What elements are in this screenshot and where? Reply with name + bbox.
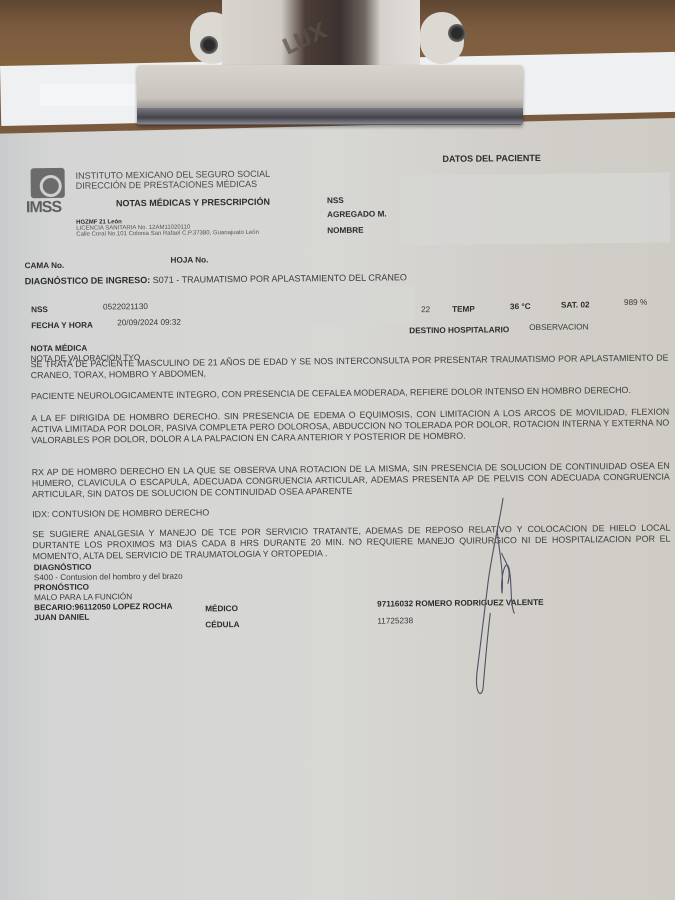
hoja-label: HOJA No. (170, 255, 208, 264)
note-paragraph: A LA EF DIRIGIDA DE HOMBRO DERECHO. SIN … (31, 407, 669, 447)
sat-label: SAT. 02 (561, 300, 590, 309)
becario-line-1: BECARIO:96112050 LOPEZ ROCHA (34, 602, 172, 612)
fecha-value: 20/09/2024 09:32 (117, 318, 181, 328)
diagnosis-label: DIAGNÓSTICO (34, 563, 92, 573)
cedula-label: CÉDULA (205, 620, 239, 629)
medical-note-document: IMSS INSTITUTO MEXICANO DEL SEGURO SOCIA… (0, 0, 675, 900)
cedula-value: 11725238 (377, 616, 413, 625)
medico-label: MÉDICO (205, 604, 238, 613)
diagnosis-value: S400 - Contusion del hombro y del brazo (34, 572, 183, 583)
sat-value: 989 % (624, 298, 647, 307)
redacted-patient-info (400, 173, 671, 246)
nss-value: 0522021130 (103, 302, 148, 311)
note-paragraph: SE SUGIERE ANALGESIA Y MANEJO DE TCE POR… (32, 523, 670, 563)
destino-value: OBSERVACION (529, 322, 588, 332)
becario-line-2: JUAN DANIEL (34, 613, 89, 623)
imss-eagle-icon (31, 168, 65, 198)
handwritten-signature (461, 493, 543, 704)
note-title: NOTA MÉDICA (30, 344, 87, 354)
patient-data-title: DATOS DEL PACIENTE (442, 153, 540, 164)
note-paragraph: PACIENTE NEUROLOGICAMENTE INTEGRO, CON P… (31, 385, 669, 403)
age-value: 22 (421, 305, 430, 314)
admission-diagnosis: DIAGNÓSTICO DE INGRESO: S071 - TRAUMATIS… (25, 272, 407, 286)
destino-label: DESTINO HOSPITALARIO (409, 325, 509, 335)
cama-label: CAMA No. (25, 261, 65, 270)
redacted-field (195, 286, 415, 324)
nss-label: NSS (327, 196, 344, 205)
admission-diagnosis-label: DIAGNÓSTICO DE INGRESO: (25, 275, 151, 286)
temp-label: TEMP (452, 305, 475, 314)
clinic-address: Calle Coral No.101 Colonia San Rafael C.… (76, 230, 259, 238)
prognosis-value: MALO PARA LA FUNCIÓN (34, 592, 132, 602)
form-title: NOTAS MÉDICAS Y PRESCRIPCIÓN (116, 197, 270, 209)
fecha-label: FECHA Y HORA (31, 321, 93, 331)
nss-label-2: NSS (31, 305, 48, 314)
agregado-label: AGREGADO M. (327, 210, 387, 220)
prognosis-label: PRONÓSTICO (34, 583, 89, 593)
temp-value: 36 °C (510, 302, 531, 311)
institution-division: DIRECCIÓN DE PRESTACIONES MÉDICAS (76, 179, 257, 191)
imss-logo: IMSS (26, 168, 69, 216)
logo-text: IMSS (26, 199, 61, 217)
note-paragraph: RX AP DE HOMBRO DERECHO EN LA QUE SE OBS… (32, 461, 670, 501)
nombre-label: NOMBRE (327, 226, 363, 235)
admission-diagnosis-value: S071 - TRAUMATISMO POR APLASTAMIENTO DEL… (153, 272, 407, 285)
note-paragraph: IDX: CONTUSION DE HOMBRO DERECHO (32, 503, 670, 521)
